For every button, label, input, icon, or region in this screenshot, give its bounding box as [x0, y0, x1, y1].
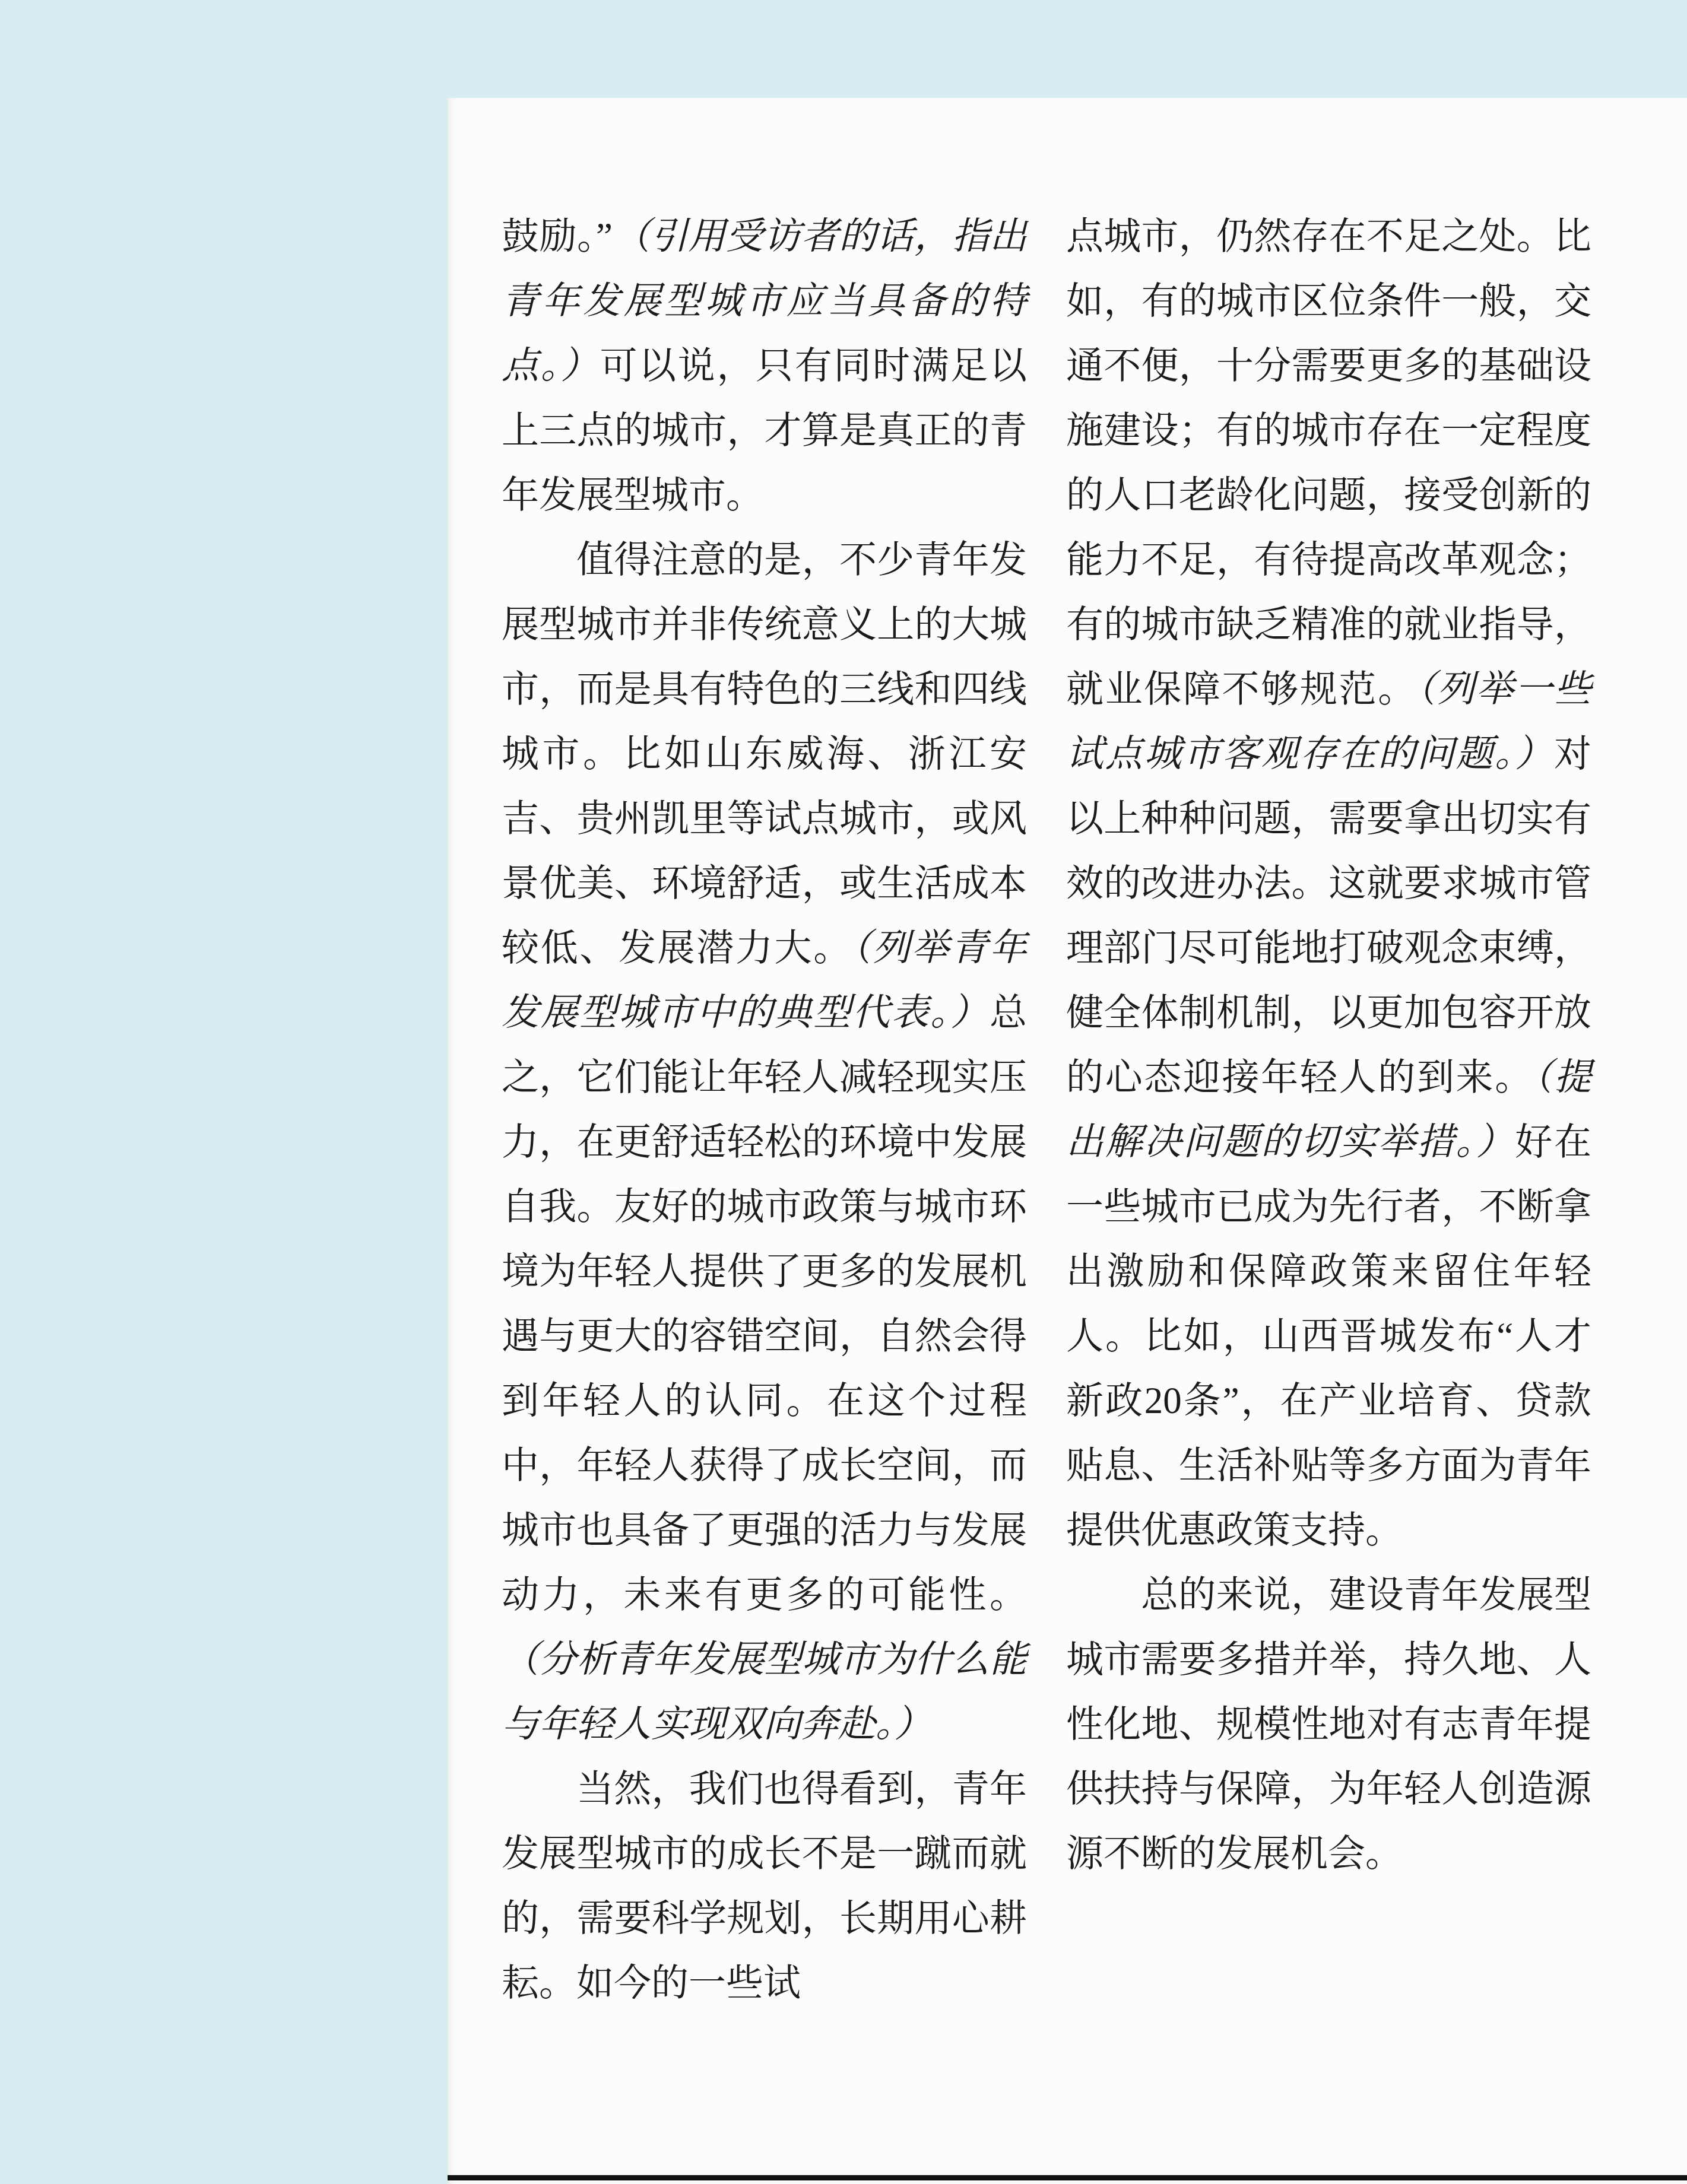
body-text-segment: 当然，我们也得看到，青年发展型城市的成长不是一蹴而就的，需要科学规划，长期用心耕… — [502, 1768, 1027, 2004]
paragraph: 总的来说，建设青年发展型城市需要多措并举，持久地、人性化地、规模性地对有志青年提… — [1066, 1563, 1591, 1886]
body-text-segment: 对以上种种问题，需要拿出切实有效的改进办法。这就要求城市管理部门尽可能地打破观念… — [1066, 733, 1591, 1098]
paragraph-continuation: 点城市，仍然存在不足之处。比如，有的城市区位条件一般，交通不便，十分需要更多的基… — [1066, 204, 1591, 1563]
left-text-column: 鼓励。”（引用受访者的话，指出青年发展型城市应当具备的特点。）可以说，只有同时满… — [502, 204, 1027, 2015]
body-text-segment: 值得注意的是，不少青年发展型城市并非传统意义上的大城市，而是具有特色的三线和四线… — [502, 539, 1027, 969]
paragraph: 值得注意的是，不少青年发展型城市并非传统意义上的大城市，而是具有特色的三线和四线… — [502, 528, 1027, 1757]
two-column-text-block: 鼓励。”（引用受访者的话，指出青年发展型城市应当具备的特点。）可以说，只有同时满… — [502, 204, 1591, 2015]
body-text-segment: 点城市，仍然存在不足之处。比如，有的城市区位条件一般，交通不便，十分需要更多的基… — [1066, 215, 1591, 710]
page-bottom-edge-line — [448, 2175, 1687, 2180]
right-text-column: 点城市，仍然存在不足之处。比如，有的城市区位条件一般，交通不便，十分需要更多的基… — [1066, 204, 1591, 2015]
paragraph: 当然，我们也得看到，青年发展型城市的成长不是一蹴而就的，需要科学规划，长期用心耕… — [502, 1757, 1027, 2015]
paper-page: 鼓励。”（引用受访者的话，指出青年发展型城市应当具备的特点。）可以说，只有同时满… — [448, 98, 1687, 2184]
body-text-segment: 鼓励。” — [502, 215, 613, 257]
annotation-text-segment: （分析青年发展型城市为什么能与年轻人实现双向奔赴。） — [502, 1639, 1027, 1745]
paragraph-continuation: 鼓励。”（引用受访者的话，指出青年发展型城市应当具备的特点。）可以说，只有同时满… — [502, 204, 1027, 528]
body-text-segment: 总之，它们能让年轻人减轻现实压力，在更舒适轻松的环境中发展自我。友好的城市政策与… — [502, 992, 1027, 1615]
scanned-book-page: { "page": { "background_color": "#d8edf2… — [0, 0, 1687, 2184]
body-text-segment: 总的来说，建设青年发展型城市需要多措并举，持久地、人性化地、规模性地对有志青年提… — [1066, 1574, 1591, 1874]
body-text-segment: 好在一些城市已成为先行者，不断拿出激励和保障政策来留住年轻人。比如，山西晋城发布… — [1066, 1121, 1591, 1551]
